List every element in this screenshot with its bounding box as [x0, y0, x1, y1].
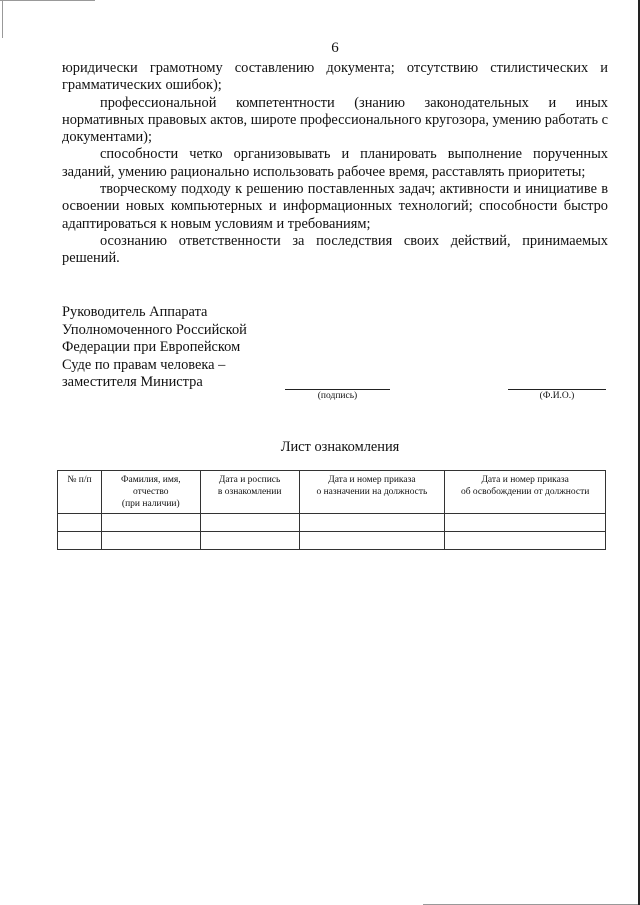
- table-cell: [58, 532, 102, 550]
- paragraph: профессиональной компетентности (знанию …: [62, 95, 608, 147]
- table-cell: [101, 514, 200, 532]
- scan-edge-left: [2, 0, 3, 38]
- position-line: заместителя Министра: [62, 374, 282, 392]
- position-line: Руководитель Аппарата: [62, 304, 282, 322]
- signatory-position: Руководитель Аппарата Уполномоченного Ро…: [62, 304, 282, 392]
- signature-line: [285, 389, 390, 390]
- table-cell: [299, 532, 445, 550]
- body-text: юридически грамотному составлению докуме…: [62, 60, 608, 268]
- table-cell: [101, 532, 200, 550]
- paragraph: осознанию ответственности за последствия…: [62, 233, 608, 268]
- acknowledgement-title: Лист ознакомления: [0, 439, 640, 456]
- table-cell: [445, 514, 606, 532]
- column-header-full-name: Фамилия, имя, отчество (при наличии): [101, 471, 200, 514]
- name-line: [508, 389, 606, 390]
- column-header-number: № п/п: [58, 471, 102, 514]
- table-row: [58, 514, 606, 532]
- table-cell: [58, 514, 102, 532]
- position-line: Суде по правам человека –: [62, 357, 282, 375]
- table-cell: [200, 514, 299, 532]
- position-line: Уполномоченного Российской: [62, 322, 282, 340]
- table-cell: [200, 532, 299, 550]
- paragraph: способности четко организовывать и плани…: [62, 146, 608, 181]
- name-caption: (Ф.И.О.): [508, 391, 606, 401]
- acknowledgement-table: № п/п Фамилия, имя, отчество (при наличи…: [57, 470, 606, 550]
- column-header-dismissal-order: Дата и номер приказа об освобождении от …: [445, 471, 606, 514]
- table-row: [58, 532, 606, 550]
- page-number: 6: [0, 40, 640, 57]
- position-line: Федерации при Европейском: [62, 339, 282, 357]
- paragraph: творческому подходу к решению поставленн…: [62, 181, 608, 233]
- column-header-date-signature: Дата и роспись в ознакомлении: [200, 471, 299, 514]
- scan-edge-top: [0, 0, 95, 1]
- column-header-appointment-order: Дата и номер приказа о назначении на дол…: [299, 471, 445, 514]
- paragraph: юридически грамотному составлению докуме…: [62, 60, 608, 95]
- table-cell: [299, 514, 445, 532]
- table-header-row: № п/п Фамилия, имя, отчество (при наличи…: [58, 471, 606, 514]
- signature-caption: (подпись): [285, 391, 390, 401]
- table-cell: [445, 532, 606, 550]
